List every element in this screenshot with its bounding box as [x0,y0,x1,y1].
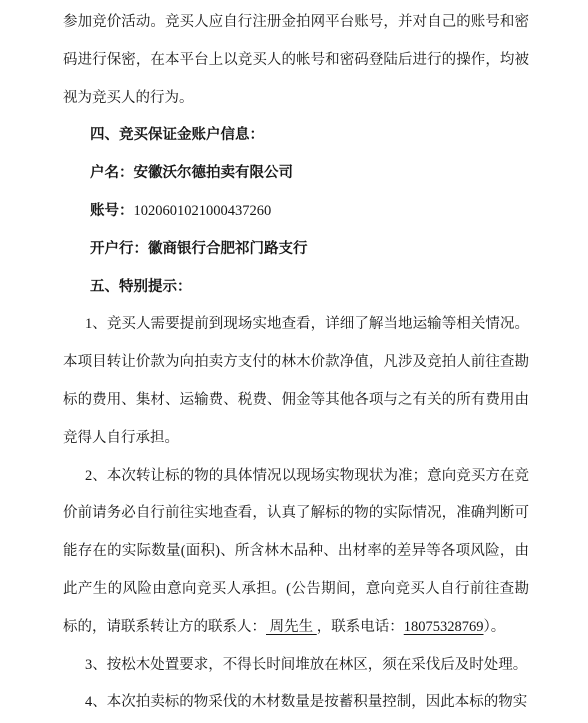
account-number-label: 账号： [90,203,134,219]
account-name-line: 户名：安徽沃尔德拍卖有限公司 [63,155,529,193]
special-note-3: 3、按松木处置要求，不得长时间堆放在林区，须在采伐后及时处理。 [63,647,529,685]
special-note-4: 4、本次拍卖标的物采伐的木材数量是按蓄积量控制，因此本标的物实 [63,684,529,722]
special-notes-heading: 五、特别提示： [63,269,529,307]
note-2-text-between: ，联系电话： [317,619,404,635]
account-number-value: 1020601021000437260 [134,203,272,219]
intro-paragraph: 参加竞价活动。竞买人应自行注册金拍网平台账号，并对自己的账号和密码进行保密，在本… [63,4,529,117]
bank-branch-line: 开户行：徽商银行合肥祁门路支行 [63,231,529,269]
note-2-text-after: ）。 [484,619,506,635]
deposit-section-heading: 四、竞买保证金账户信息： [63,117,529,155]
document-page: 参加竞价活动。竞买人应自行注册金拍网平台账号，并对自己的账号和密码进行保密，在本… [0,0,588,723]
special-note-1: 1、竞买人需要提前到现场实地查看，详细了解当地运输等相关情况。本项目转让价款为向… [63,306,529,457]
account-number-line: 账号：1020601021000437260 [63,193,529,231]
special-note-2: 2、本次转让标的物的具体情况以现场实物现状为准；意向竞买方在竞价前请务必自行前往… [63,458,529,647]
contact-phone: 18075328769 [404,619,484,635]
contact-name: 周先生 [266,619,317,635]
note-2-text-before: 2、本次转让标的物的具体情况以现场实物现状为准；意向竞买方在竞价前请务必自行前往… [63,468,529,635]
